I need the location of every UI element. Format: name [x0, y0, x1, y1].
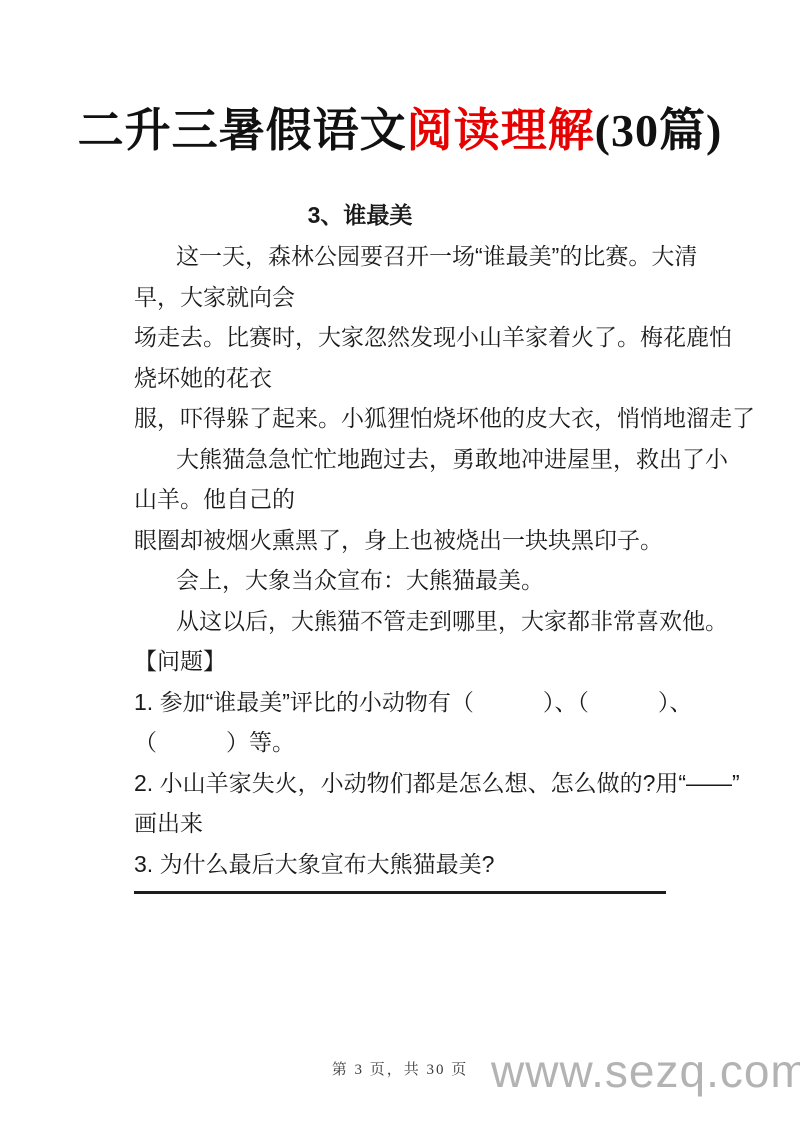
story-line: 早，大家就向会 — [134, 277, 674, 318]
story-line: 大熊猫急急忙忙地跑过去，勇敢地冲进屋里，救出了小 — [134, 439, 674, 480]
document-title: 二升三暑假语文阅读理解(30篇) — [0, 94, 800, 160]
section-divider — [134, 891, 666, 894]
reading-passage: 这一天，森林公园要召开一场“谁最美”的比赛。大清 早，大家就向会 场走去。比赛时… — [134, 236, 674, 884]
questions-header: 【问题】 — [134, 641, 674, 682]
question-line: （ ）等。 — [134, 722, 674, 763]
question-line: 1. 参加“谁最美”评比的小动物有（ ）、（ ）、 — [134, 682, 674, 723]
question-line: 3. 为什么最后大象宣布大熊猫最美? — [134, 844, 674, 885]
story-line: 服，吓得躲了起来。小狐狸怕烧坏他的皮大衣，悄悄地溜走了 — [134, 398, 674, 439]
story-line: 山羊。他自己的 — [134, 479, 674, 520]
question-line: 画出来 — [134, 803, 674, 844]
title-text-right: (30篇) — [595, 105, 723, 156]
story-line: 眼圈却被烟火熏黑了，身上也被烧出一块块黑印子。 — [134, 520, 674, 561]
document-page: 二升三暑假语文阅读理解(30篇) 3、谁最美 这一天，森林公园要召开一场“谁最美… — [0, 0, 800, 1131]
story-line: 从这以后，大熊猫不管走到哪里，大家都非常喜欢他。 — [134, 601, 674, 642]
story-line: 场走去。比赛时，大家忽然发现小山羊家着火了。梅花鹿怕 — [134, 317, 674, 358]
title-text-left: 二升三暑假语文 — [78, 105, 407, 156]
watermark: www.sezq.com — [491, 1044, 800, 1098]
story-line: 这一天，森林公园要召开一场“谁最美”的比赛。大清 — [134, 236, 674, 277]
section-heading: 3、谁最美 — [134, 197, 586, 230]
story-line: 会上，大象当众宣布：大熊猫最美。 — [134, 560, 674, 601]
title-text-accent: 阅读理解 — [407, 105, 595, 156]
question-line: 2. 小山羊家失火，小动物们都是怎么想、怎么做的?用“——” — [134, 763, 674, 804]
story-line: 烧坏她的花衣 — [134, 358, 674, 399]
